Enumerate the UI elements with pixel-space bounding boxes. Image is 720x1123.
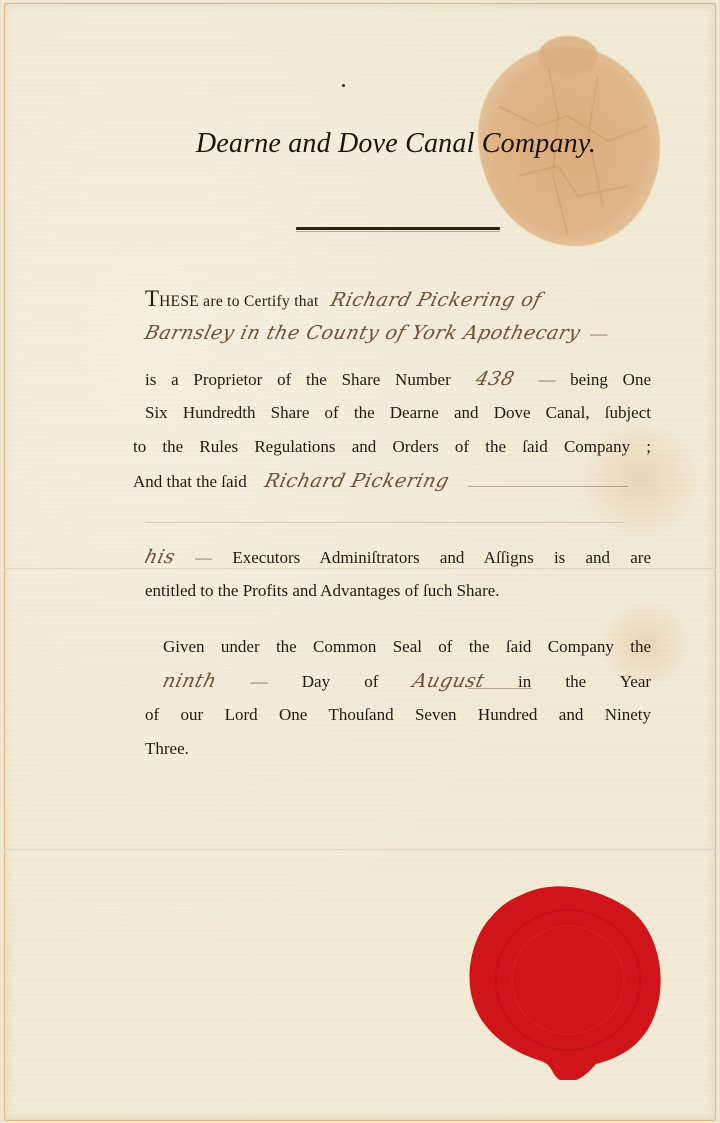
day-handwritten: ninth <box>159 664 221 699</box>
ink-speck <box>342 84 345 87</box>
holder-repeat-line: And that the ſaid Richard Pickering <box>133 464 449 500</box>
blank-rule <box>468 486 628 487</box>
year-line: of our Lord One Thouſand Seven Hundred a… <box>145 698 651 733</box>
month-handwritten: August <box>408 664 488 699</box>
blank-rule <box>145 522 625 523</box>
share-number-line: is a Proprietor of the Share Number 438 … <box>145 362 651 398</box>
date-line: ninth — Day of August in the Year <box>145 664 651 700</box>
share-number-handwritten: 438 <box>471 362 518 397</box>
fold-line-lower <box>4 849 716 851</box>
holder-name-handwritten: Richard Pickering of <box>327 283 546 318</box>
entitlement-line: entitled to the Profits and Advantages o… <box>145 574 500 609</box>
certify-line: THESE are to Certify that Richard Picker… <box>145 282 541 320</box>
title-rule <box>296 227 500 230</box>
red-wax-seal <box>468 880 664 1080</box>
rules-line: to the Rules Regulations and Orders of t… <box>133 430 651 465</box>
residence-line: Barnsley in the County of York Apothecar… <box>145 316 607 352</box>
share-fraction-line: Six Hundredth Share of the Dearne and Do… <box>145 396 651 431</box>
drop-cap: T <box>145 286 159 311</box>
holder-name-repeat-handwritten: Richard Pickering <box>261 464 453 499</box>
residence-handwritten: Barnsley in the County of York Apothecar… <box>141 316 585 351</box>
company-title: Dearne and Dove Canal Company. <box>0 128 720 160</box>
executors-line: his — Executors Adminiſtrators and Aſſig… <box>145 540 651 576</box>
year-end-line: Three. <box>145 732 189 767</box>
pronoun-handwritten: his <box>141 540 179 575</box>
given-line: Given under the Common Seal of the ſaid … <box>163 630 651 665</box>
blank-rule <box>468 688 532 689</box>
